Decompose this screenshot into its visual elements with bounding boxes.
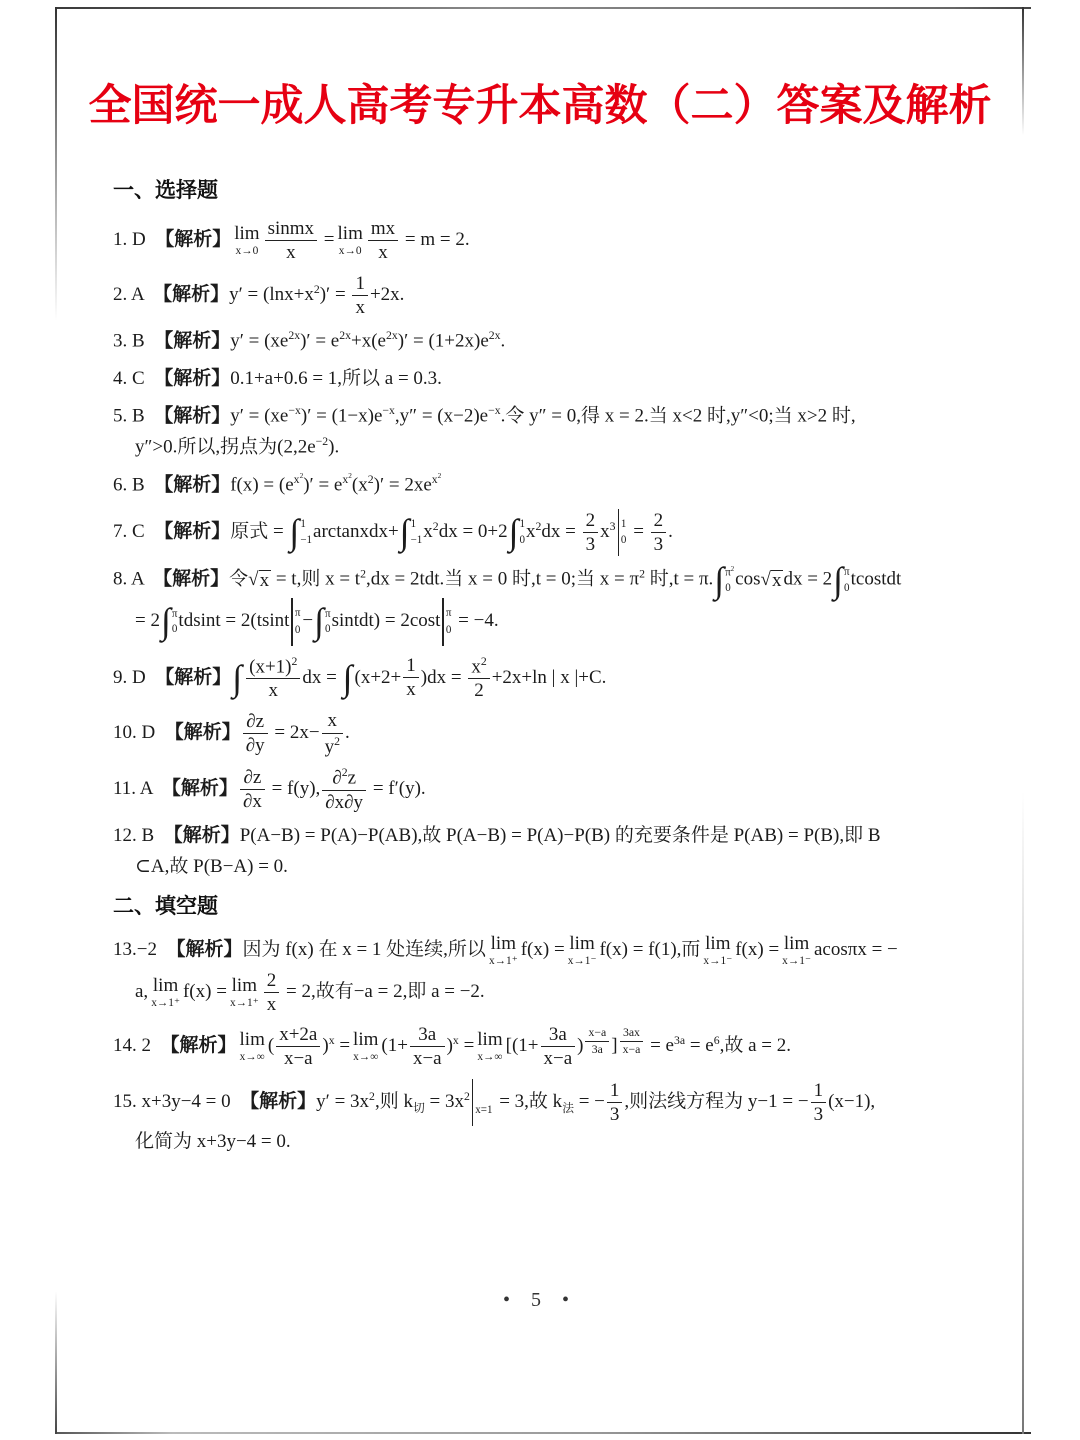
answer-line: 6. B 【解析】f(x) = (ex2)′ = ex2(x2)′ = 2xex… xyxy=(113,471,1024,500)
answer-line: 8. A 【解析】令√x = t,则 x = t2,dx = 2tdt.当 x … xyxy=(113,565,1024,596)
answer-item: 3. B 【解析】y′ = (xe2x)′ = e2x+x(e2x)′ = (1… xyxy=(113,327,1024,356)
answer-line: 11. A 【解析】∂z∂x = f(y),∂2z∂x∂y = f′(y). xyxy=(113,766,1024,813)
answer-line: 4. C 【解析】0.1+a+0.6 = 1,所以 a = 0.3. xyxy=(113,365,1024,394)
answer-line: 10. D 【解析】∂z∂y = 2x−xy2. xyxy=(113,710,1024,757)
answer-line: 1. D 【解析】limx→0sinmxx =limx→0mxx = m = 2… xyxy=(113,218,1024,264)
answer-item: 4. C 【解析】0.1+a+0.6 = 1,所以 a = 0.3. xyxy=(113,365,1024,394)
answer-line: 7. C 【解析】原式 = ∫1−1arctanxdx+∫1−1x2dx = 0… xyxy=(113,509,1024,557)
section-heading: 一、选择题 xyxy=(113,174,1024,204)
scan-border-bottom xyxy=(55,1432,1031,1434)
answer-line: 13.−2 【解析】因为 f(x) 在 x = 1 处连续,所以limx→1⁺f… xyxy=(113,934,1024,967)
answer-section: 一、选择题1. D 【解析】limx→0sinmxx =limx→0mxx = … xyxy=(113,174,1024,881)
page-title: 全国统一成人高考专升本高数（二）答案及解析 xyxy=(0,72,1080,133)
answer-item: 6. B 【解析】f(x) = (ex2)′ = ex2(x2)′ = 2xex… xyxy=(113,471,1024,500)
answer-line-continued: a,limx→1⁺f(x) =limx→1⁺2x = 2,故有−a = 2,即 … xyxy=(113,970,1024,1016)
answer-item: 15. x+3y−4 = 0 【解析】y′ = 3x2,则 k切 = 3x2x=… xyxy=(113,1079,1024,1157)
answer-section: 二、填空题13.−2 【解析】因为 f(x) 在 x = 1 处连续,所以lim… xyxy=(113,890,1024,1156)
answer-item: 14. 2 【解析】limx→∞(x+2ax−a)x =limx→∞(1+3ax… xyxy=(113,1024,1024,1070)
answer-line: 3. B 【解析】y′ = (xe2x)′ = e2x+x(e2x)′ = (1… xyxy=(113,327,1024,356)
answer-item: 9. D 【解析】∫(x+1)2xdx = ∫(x+2+1x)dx = x22+… xyxy=(113,655,1024,702)
answer-line-continued: ⊂A,故 P(B−A) = 0. xyxy=(113,853,1024,882)
answer-line: 12. B 【解析】P(A−B) = P(A)−P(AB),故 P(A−B) =… xyxy=(113,822,1024,851)
answer-item: 12. B 【解析】P(A−B) = P(A)−P(AB),故 P(A−B) =… xyxy=(113,822,1024,881)
answer-line: 9. D 【解析】∫(x+1)2xdx = ∫(x+2+1x)dx = x22+… xyxy=(113,655,1024,702)
answer-item: 11. A 【解析】∂z∂x = f(y),∂2z∂x∂y = f′(y). xyxy=(113,766,1024,813)
answer-item: 10. D 【解析】∂z∂y = 2x−xy2. xyxy=(113,710,1024,757)
answer-line: 5. B 【解析】y′ = (xe−x)′ = (1−x)e−x,y″ = (x… xyxy=(113,402,1024,431)
section-heading: 二、填空题 xyxy=(113,890,1024,920)
answer-line: 14. 2 【解析】limx→∞(x+2ax−a)x =limx→∞(1+3ax… xyxy=(113,1024,1024,1070)
answer-content: 一、选择题1. D 【解析】limx→0sinmxx =limx→0mxx = … xyxy=(113,170,1024,1166)
scan-border-top xyxy=(55,7,1031,9)
answer-item: 7. C 【解析】原式 = ∫1−1arctanxdx+∫1−1x2dx = 0… xyxy=(113,509,1024,557)
answer-item: 13.−2 【解析】因为 f(x) 在 x = 1 处连续,所以limx→1⁺f… xyxy=(113,934,1024,1015)
answer-item: 8. A 【解析】令√x = t,则 x = t2,dx = 2tdt.当 x … xyxy=(113,565,1024,645)
answer-line-continued: y″>0.所以,拐点为(2,2e−2). xyxy=(113,433,1024,462)
page-number: • 5 • xyxy=(0,1289,1080,1312)
scanned-page: 全国统一成人高考专升本高数（二）答案及解析 一、选择题1. D 【解析】limx… xyxy=(0,0,1080,1440)
answer-line: 15. x+3y−4 = 0 【解析】y′ = 3x2,则 k切 = 3x2x=… xyxy=(113,1079,1024,1127)
answer-line-continued: = 2∫π0tdsint = 2(tsintπ0−∫π0sintdt) = 2c… xyxy=(113,598,1024,646)
answer-item: 5. B 【解析】y′ = (xe−x)′ = (1−x)e−x,y″ = (x… xyxy=(113,402,1024,462)
answer-item: 2. A 【解析】y′ = (lnx+x2)′ = 1x+2x. xyxy=(113,273,1024,319)
scan-border-left xyxy=(55,7,57,1434)
answer-line-continued: 化简为 x+3y−4 = 0. xyxy=(113,1128,1024,1157)
answer-line: 2. A 【解析】y′ = (lnx+x2)′ = 1x+2x. xyxy=(113,273,1024,319)
answer-item: 1. D 【解析】limx→0sinmxx =limx→0mxx = m = 2… xyxy=(113,218,1024,264)
